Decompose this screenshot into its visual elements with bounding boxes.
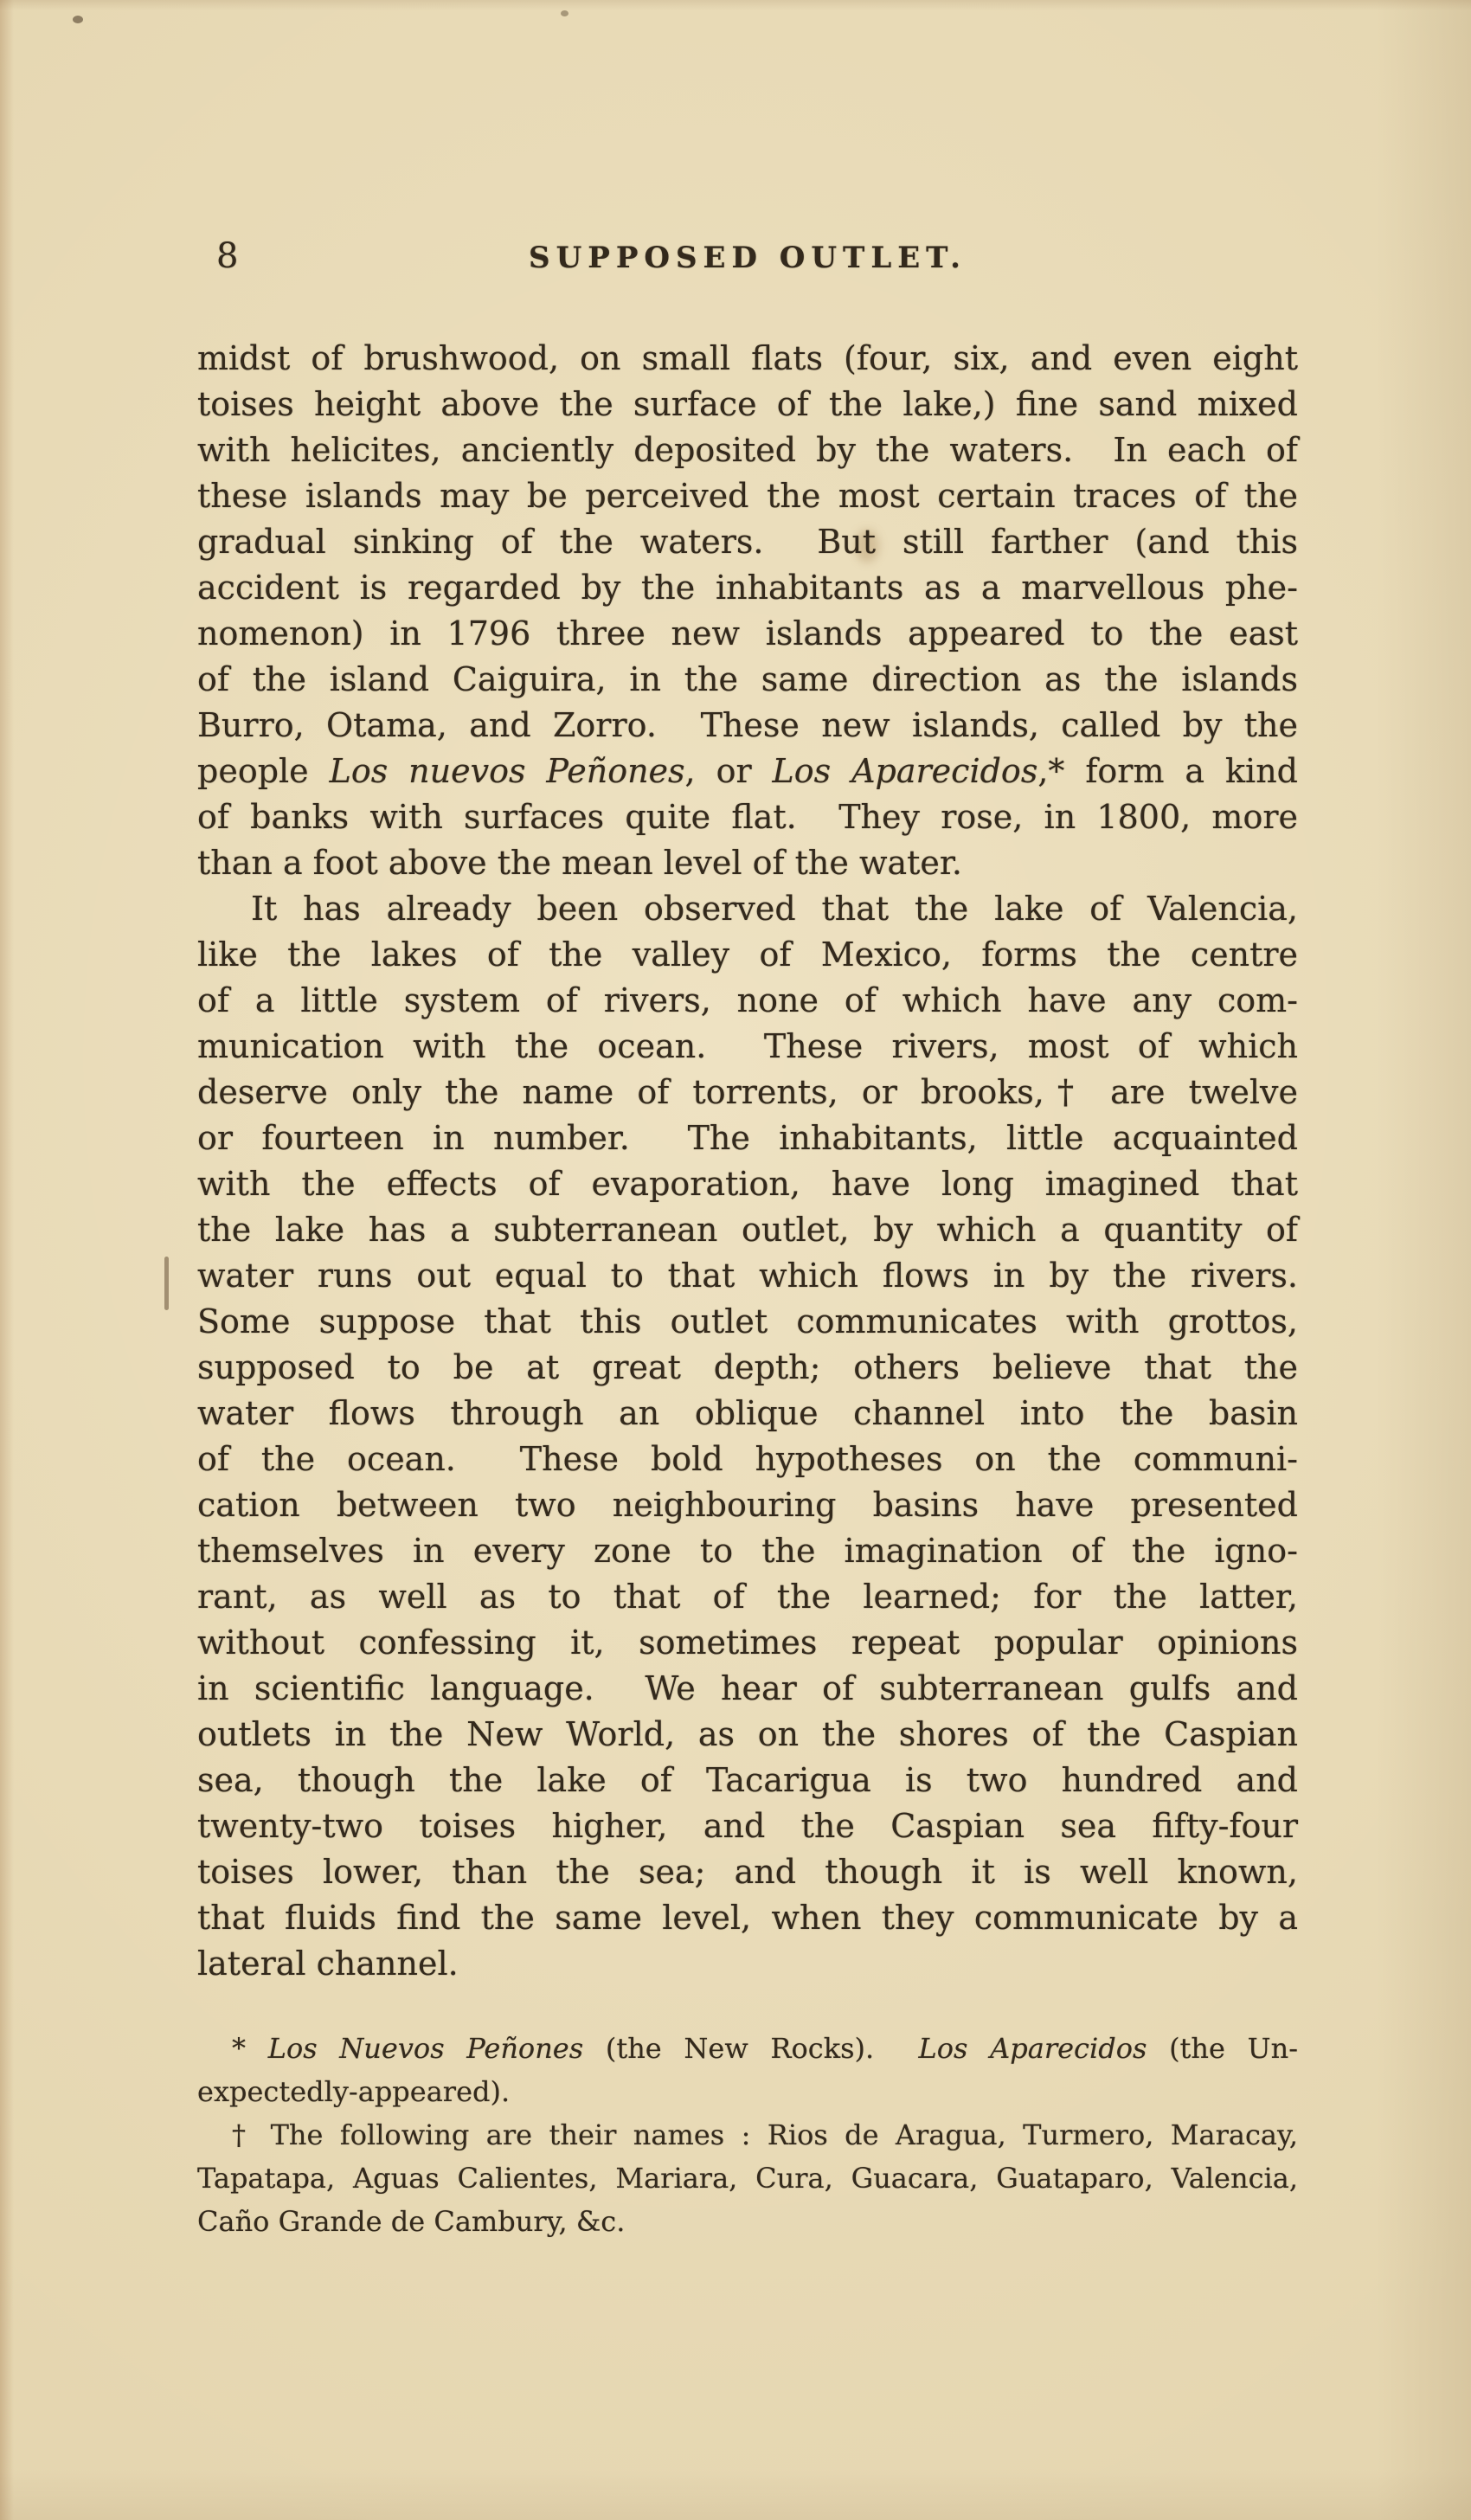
scan-mark bbox=[164, 1257, 169, 1310]
body-line: than a foot above the mean level of the … bbox=[197, 840, 1298, 886]
page-header: 8 SUPPOSED OUTLET. bbox=[197, 234, 1298, 287]
body-line: outlets in the New World, as on the shor… bbox=[197, 1712, 1298, 1758]
body-line: rant, as well as to that of the learned;… bbox=[197, 1574, 1298, 1620]
paragraph: It has already been observed that the la… bbox=[197, 886, 1298, 1987]
body-line: with the effects of evaporation, have lo… bbox=[197, 1161, 1298, 1207]
body-line: nomenon) in 1796 three new islands appea… bbox=[197, 611, 1298, 657]
body-line: twenty-two toises higher, and the Caspia… bbox=[197, 1803, 1298, 1849]
footnote-line: Tapatapa, Aguas Calientes, Mariara, Cura… bbox=[197, 2157, 1298, 2200]
body-line: supposed to be at great depth; others be… bbox=[197, 1345, 1298, 1391]
scan-speck bbox=[561, 10, 568, 16]
body-line: people Los nuevos Peñones, or Los Aparec… bbox=[197, 749, 1298, 794]
footnote-line: † The following are their names : Rios d… bbox=[197, 2113, 1298, 2157]
body-line: munication with the ocean. These rivers,… bbox=[197, 1024, 1298, 1070]
body-line: in scientific language. We hear of subte… bbox=[197, 1666, 1298, 1712]
body-line: water runs out equal to that which flows… bbox=[197, 1253, 1298, 1299]
body-line: of banks with surfaces quite flat. They … bbox=[197, 794, 1298, 840]
body-line: of the ocean. These bold hypotheses on t… bbox=[197, 1437, 1298, 1482]
footnote-line: * Los Nuevos Peñones (the New Rocks). Lo… bbox=[197, 2027, 1298, 2070]
body-line: accident is regarded by the inhabitants … bbox=[197, 565, 1298, 611]
body-line: the lake has a subterranean outlet, by w… bbox=[197, 1207, 1298, 1253]
body-line: with helicites, anciently deposited by t… bbox=[197, 427, 1298, 473]
body-line: deserve only the name of torrents, or br… bbox=[197, 1070, 1298, 1115]
body-line: cation between two neighbouring basins h… bbox=[197, 1482, 1298, 1528]
footnote-line: expectedly-appeared). bbox=[197, 2070, 1298, 2113]
book-page: 8 SUPPOSED OUTLET. midst of brushwood, o… bbox=[0, 0, 1471, 2520]
body-line: of a little system of rivers, none of wh… bbox=[197, 978, 1298, 1024]
body-line: of the island Caiguira, in the same dire… bbox=[197, 657, 1298, 703]
paragraph: midst of brushwood, on small flats (four… bbox=[197, 336, 1298, 886]
paragraph: * Los Nuevos Peñones (the New Rocks). Lo… bbox=[197, 2027, 1298, 2113]
body-line: toises lower, than the sea; and though i… bbox=[197, 1849, 1298, 1895]
body-line: Some suppose that this outlet communicat… bbox=[197, 1299, 1298, 1345]
footnotes: * Los Nuevos Peñones (the New Rocks). Lo… bbox=[197, 2027, 1298, 2243]
body-line: water flows through an oblique channel i… bbox=[197, 1391, 1298, 1437]
body-line: themselves in every zone to the imaginat… bbox=[197, 1528, 1298, 1574]
body-line: Burro, Otama, and Zorro. These new islan… bbox=[197, 703, 1298, 749]
body-line: that fluids find the same level, when th… bbox=[197, 1895, 1298, 1941]
body-line: It has already been observed that the la… bbox=[197, 886, 1298, 932]
running-header: SUPPOSED OUTLET. bbox=[197, 241, 1298, 275]
body-line: midst of brushwood, on small flats (four… bbox=[197, 336, 1298, 382]
body-line: toises height above the surface of the l… bbox=[197, 382, 1298, 427]
body-line: or fourteen in number. The inhabitants, … bbox=[197, 1115, 1298, 1161]
body-line: without confessing it, sometimes repeat … bbox=[197, 1620, 1298, 1666]
body-line: lateral channel. bbox=[197, 1941, 1298, 1987]
body-line: these islands may be perceived the most … bbox=[197, 473, 1298, 519]
body-line: sea, though the lake of Tacarigua is two… bbox=[197, 1758, 1298, 1803]
body-line: gradual sinking of the waters. But still… bbox=[197, 519, 1298, 565]
footnote-line: Caño Grande de Cambury, &c. bbox=[197, 2200, 1298, 2243]
paragraph: † The following are their names : Rios d… bbox=[197, 2113, 1298, 2243]
body-text: midst of brushwood, on small flats (four… bbox=[197, 336, 1298, 1987]
scan-speck bbox=[73, 16, 83, 23]
body-line: like the lakes of the valley of Mexico, … bbox=[197, 932, 1298, 978]
